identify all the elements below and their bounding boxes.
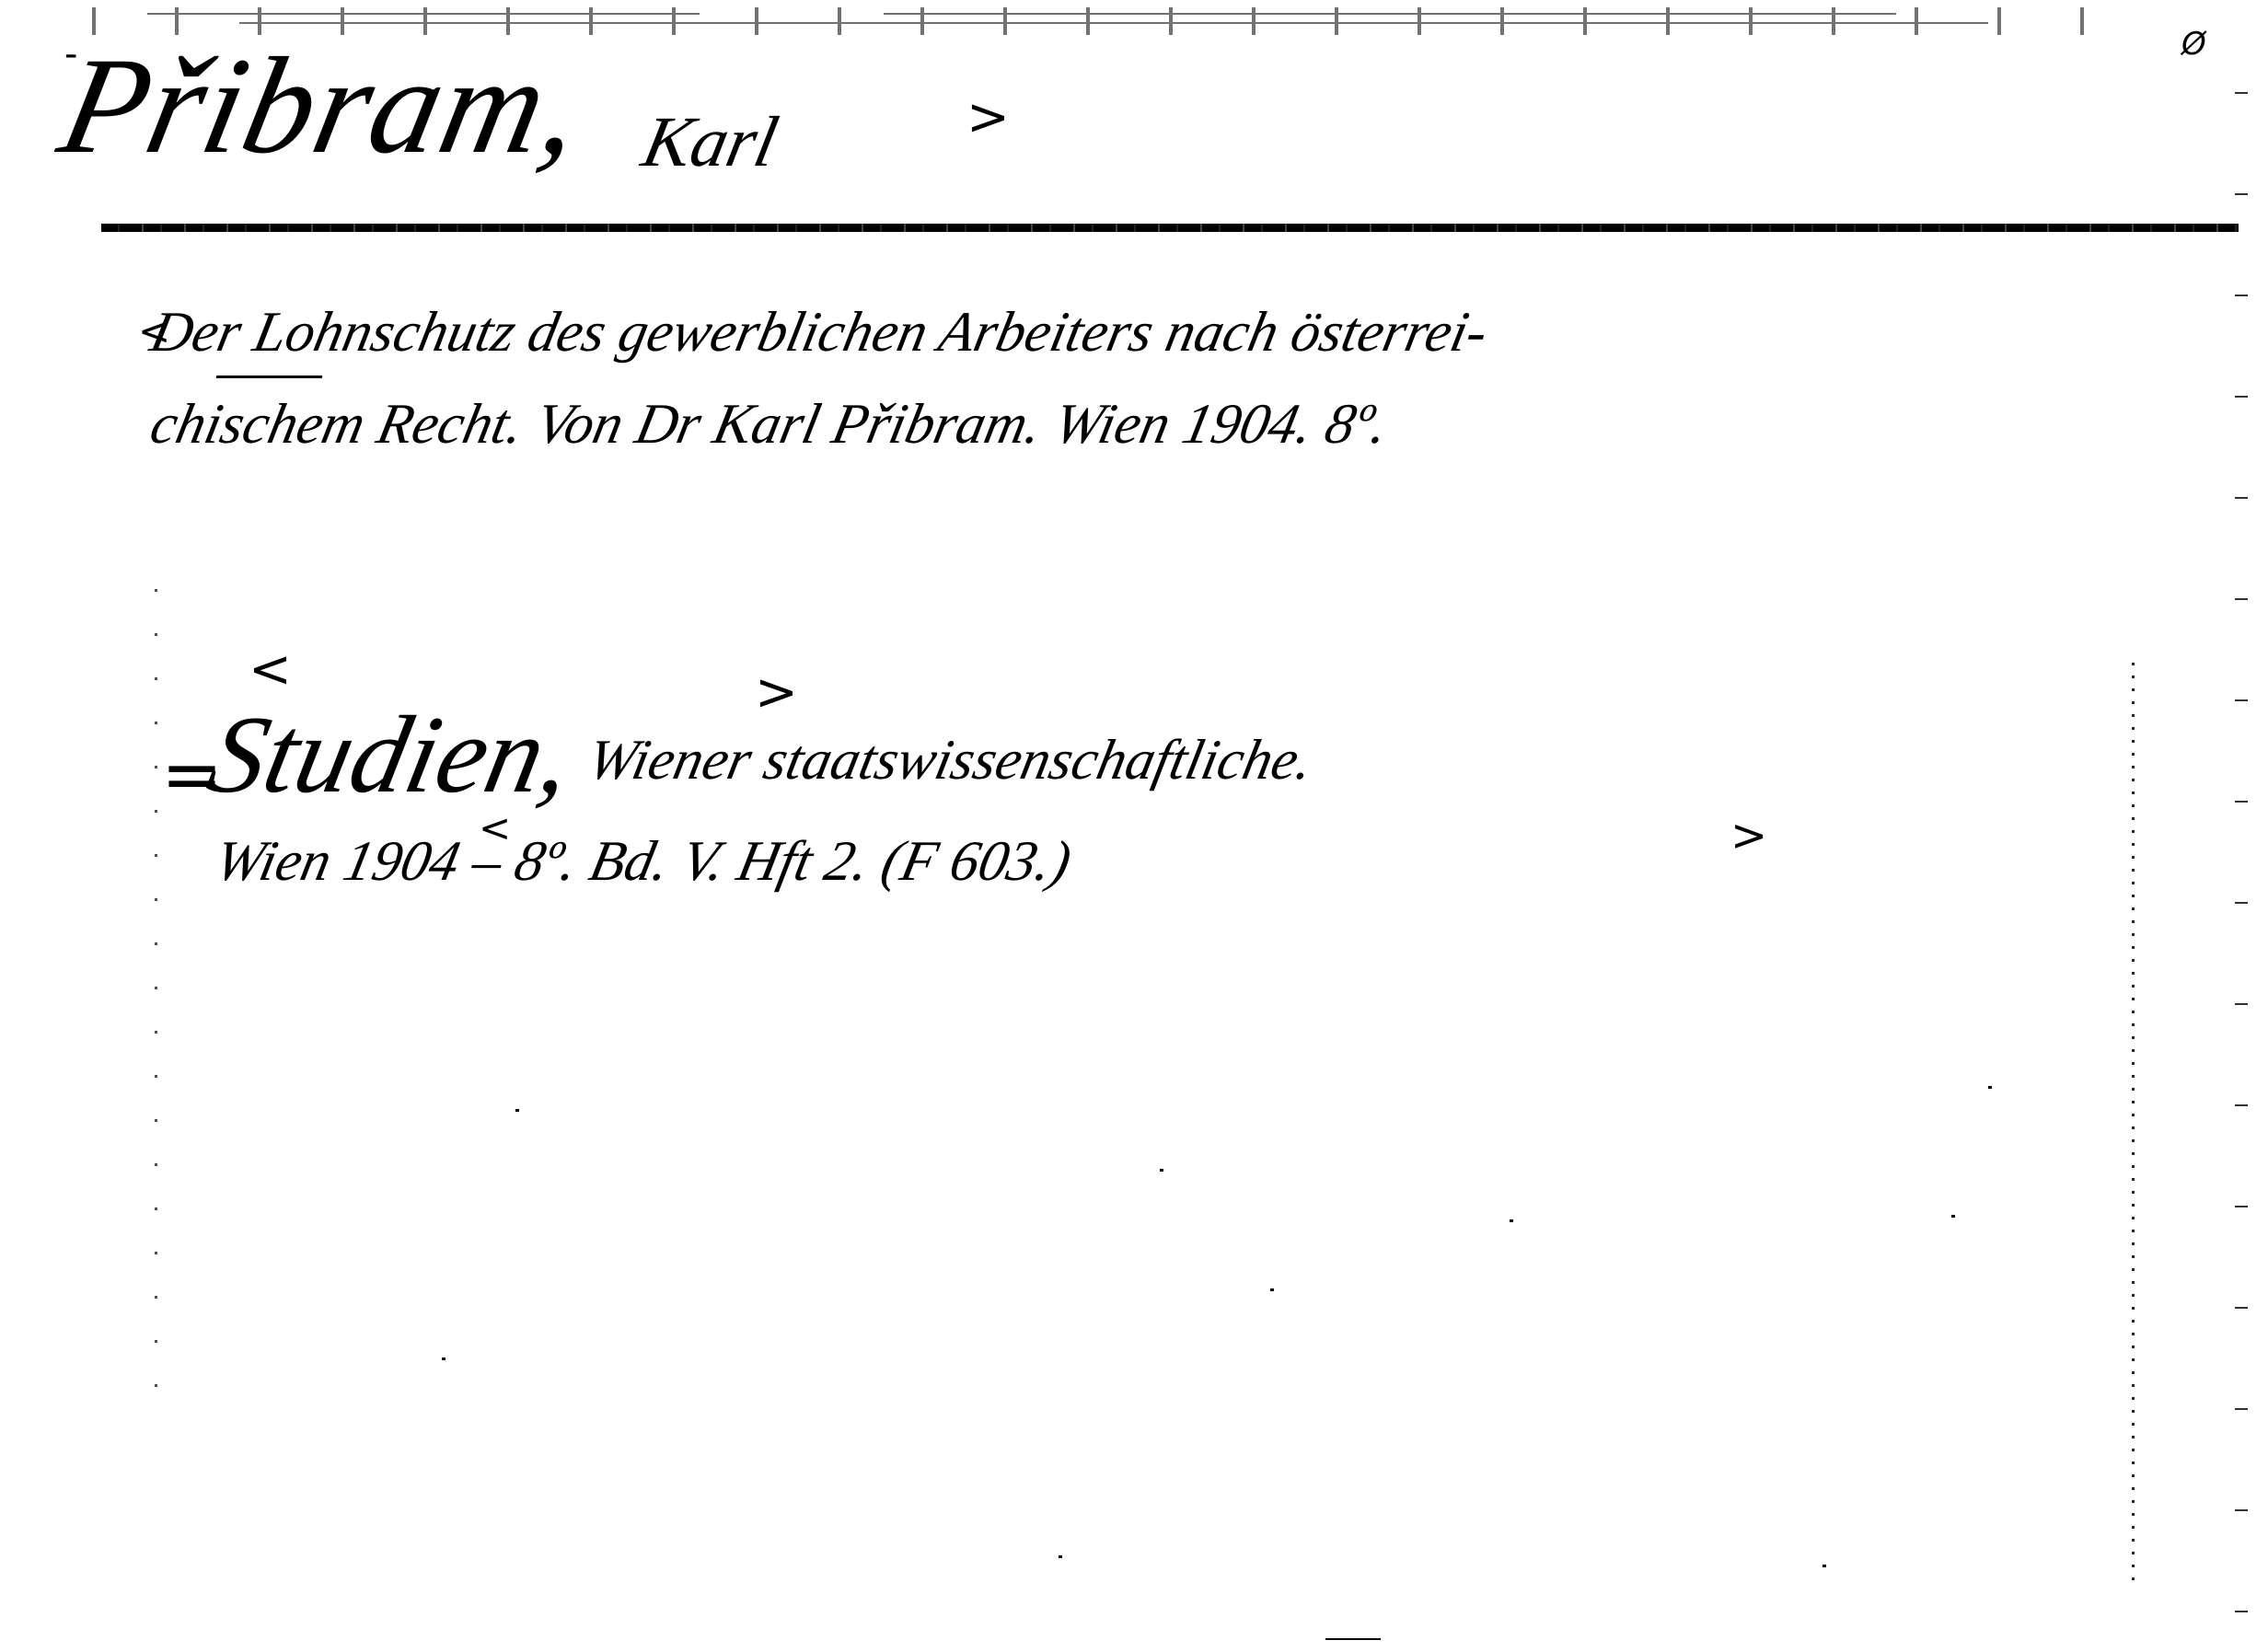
series-imprint: Wien 1904 – 8º. Bd. V. Hft 2. (F 603.) xyxy=(210,833,1076,890)
series-open-mark: < xyxy=(249,640,292,699)
series-title-main: Studien, xyxy=(200,699,582,810)
scan-speck xyxy=(1325,1638,1381,1640)
heading-given-name: Karl xyxy=(637,106,784,178)
corner-mark: Ø xyxy=(2181,26,2206,63)
series-end-mark: > xyxy=(1730,810,1767,861)
scan-speck xyxy=(1510,1219,1513,1222)
scan-dotted-column-right xyxy=(2132,663,2135,1583)
scan-speck xyxy=(1059,1555,1062,1558)
scan-edge-ticks xyxy=(2235,37,2248,1638)
heading-surname: Přibram, xyxy=(50,37,596,175)
scan-speck xyxy=(442,1357,445,1360)
entry-title-line-1: Der Lohnschutz des gewerblichen Arbeiter… xyxy=(145,304,1492,361)
heading-close-mark: > xyxy=(966,87,1010,147)
catalogue-card: - Přibram, Karl > Ø < Der Lohnschutz des… xyxy=(0,0,2268,1652)
scan-speck xyxy=(1822,1565,1826,1567)
scan-speck xyxy=(1270,1288,1274,1291)
scan-speck xyxy=(1160,1169,1163,1172)
title-underline xyxy=(216,375,323,378)
scan-speck xyxy=(515,1109,519,1112)
series-title-rest: Wiener staatswissenschaftliche. xyxy=(583,732,1317,789)
scan-dotted-column-left xyxy=(155,589,157,1399)
heading-rule xyxy=(101,224,2239,232)
scan-speck xyxy=(1988,1086,1992,1089)
entry-title-line-2: chischem Recht. Von Dr Karl Přibram. Wie… xyxy=(145,396,1393,453)
scan-speck xyxy=(1951,1215,1955,1218)
series-close-mark: > xyxy=(755,663,798,722)
